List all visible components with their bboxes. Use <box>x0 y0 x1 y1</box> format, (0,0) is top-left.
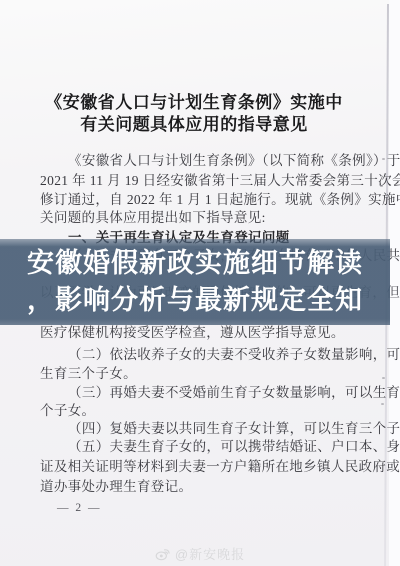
document-line: 关问题的具体应用提出如下指导意见: <box>40 206 266 226</box>
document-line: 《安徽省人口与计划生育条例》（以下简称《条例》）于 <box>68 149 400 169</box>
page-number: — 2 — <box>57 502 102 514</box>
headline-banner-line2: ，影响分析与最新规定全知 <box>27 287 363 314</box>
document-line: （四）复婚夫妻以共同生育子女计算，可以生育三个子女。 <box>68 417 400 437</box>
watermark: @新安晚报 <box>155 544 245 563</box>
document-line: （五）夫妻生育子女的，可以携带结婚证、户口本、身份 <box>68 435 400 455</box>
weibo-icon <box>155 547 171 561</box>
watermark-handle: @新安晚报 <box>175 544 245 563</box>
document-line: 生育三个子女。 <box>40 362 137 382</box>
document-line: （二）依法收养子女的夫妻不受收养子女数量影响，可以 <box>68 343 400 363</box>
document-title: 《安徽省人口与计划生育条例》实施中 有关问题具体应用的指导意见 <box>0 92 388 136</box>
paper-speck <box>381 403 384 405</box>
document-line: 修订通过，自 2022 年 1 月 1 日起施行。现就《条例》实施中有 <box>40 188 400 208</box>
document-line: （三）再婚夫妻不受婚前生育子女数量影响，可以生育三 <box>68 381 400 401</box>
headline-banner: 安徽婚假新政实施细节解读 ，影响分析与最新规定全知 <box>0 239 390 325</box>
paper-speck <box>382 377 385 379</box>
headline-banner-line1: 安徽婚假新政实施细节解读 <box>27 250 363 277</box>
document-title-line1: 《安徽省人口与计划生育条例》实施中 <box>0 92 388 114</box>
document-line: 2021 年 11 月 19 日经安徽省第十三届人大常委会第三十次会议 <box>40 169 400 189</box>
document-title-line2: 有关问题具体应用的指导意见 <box>0 114 388 136</box>
document-line: 个子女。 <box>40 399 95 419</box>
document-line: 道办事处办理生育登记。 <box>40 475 192 495</box>
screenshot-root: 《安徽省人口与计划生育条例》实施中 有关问题具体应用的指导意见 《安徽省人口与计… <box>0 0 400 566</box>
document-line: 证及相关证明等材料到夫妻一方户籍所在地乡镇人民政府或街 <box>40 455 400 475</box>
